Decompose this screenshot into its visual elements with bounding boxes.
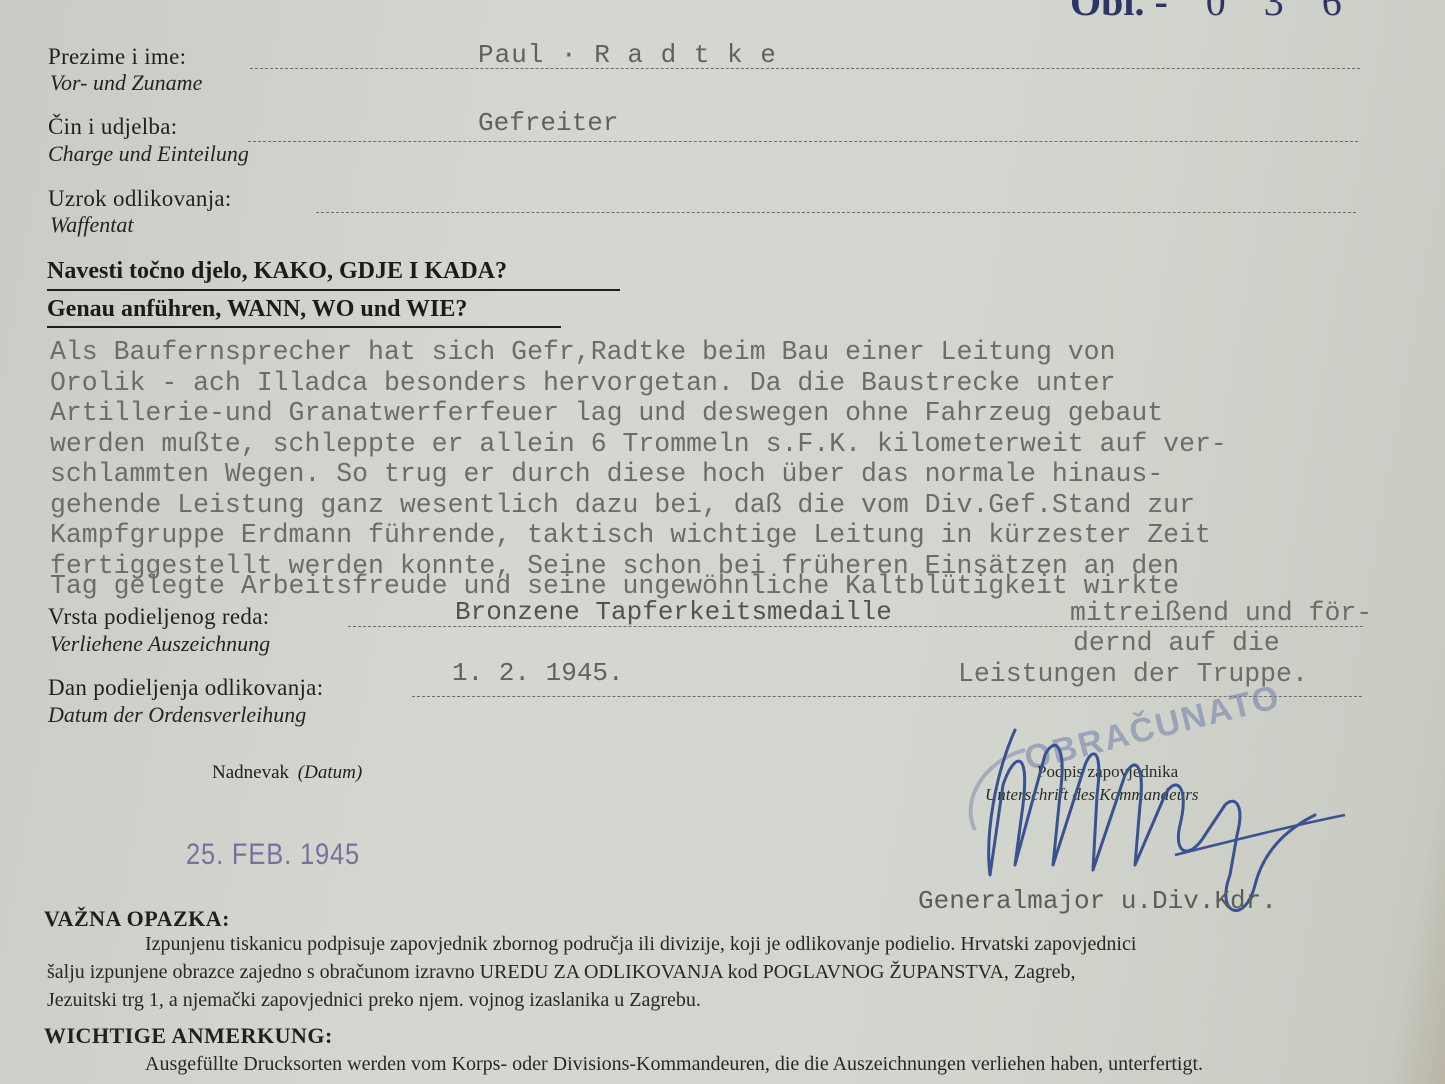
name-label-de: Vor- und Zuname	[50, 70, 202, 96]
name-label-hr: Prezime i ime:	[48, 44, 186, 70]
reason-label-de: Waffentat	[50, 212, 134, 238]
rank-label-de: Charge und Einteilung	[48, 141, 249, 167]
citation-line: gehende Leistung ganz wesentlich dazu be…	[50, 490, 1227, 521]
instruction-hr-underline	[47, 289, 620, 291]
award-value: Bronzene Tapferkeitsmedaille	[455, 597, 892, 627]
note-title-de: WICHTIGE ANMERKUNG:	[44, 1023, 333, 1049]
award-date-label-de: Datum der Ordensverleihung	[48, 702, 306, 728]
serial-value: 0 3 6	[1206, 0, 1356, 24]
note-hr-line: Izpunjenu tiskanicu podpisuje zapovjedni…	[145, 933, 1136, 956]
reason-dotted-line	[316, 212, 1356, 213]
citation-line: Artillerie-und Granatwerferfeuer lag und…	[50, 398, 1227, 429]
award-date-label-hr: Dan podieljenja odlikovanja:	[48, 675, 323, 701]
note-de-line: Ausgefüllte Drucksorten werden vom Korps…	[145, 1053, 1203, 1076]
date-label-de: (Datum)	[298, 762, 362, 783]
award-label-hr: Vrsta podieljenog reda:	[48, 604, 269, 630]
reason-label-hr: Uzrok odlikovanja:	[48, 186, 232, 212]
date-label: Nadnevak (Datum)	[212, 762, 362, 784]
instruction-de: Genau anführen, WANN, WO und WIE?	[47, 296, 467, 323]
serial-number: Obl. - 0 3 6	[1070, 0, 1356, 25]
serial-prefix: Obl. -	[1070, 0, 1168, 24]
citation-continuation-1: mitreißend und för-	[1070, 598, 1372, 629]
award-label-de: Verliehene Auszeichnung	[50, 631, 270, 657]
instruction-de-underline	[47, 326, 561, 328]
date-stamp: 25. FEB. 1945	[186, 838, 360, 872]
name-dotted-line	[250, 68, 1360, 69]
rank-dotted-line	[248, 141, 1358, 142]
note-hr-line: šalju izpunjene obrazce zajedno s obraču…	[47, 961, 1076, 984]
instruction-hr: Navesti točno djelo, KAKO, GDJE I KADA?	[47, 258, 507, 285]
date-label-hr: Nadnevak	[212, 762, 289, 783]
name-value: Paul · R a d t k e	[478, 40, 777, 70]
rank-label-hr: Čin i udjelba:	[48, 114, 177, 140]
note-hr-line: Jezuitski trg 1, a njemački zapovjednici…	[47, 989, 701, 1012]
citation-text: Als Baufernsprecher hat sich Gefr,Radtke…	[50, 337, 1227, 602]
citation-line: werden mußte, schleppte er allein 6 Trom…	[50, 429, 1227, 460]
citation-line: Als Baufernsprecher hat sich Gefr,Radtke…	[50, 337, 1227, 368]
signer-title: Generalmajor u.Div.Kdr.	[918, 886, 1277, 916]
citation-continuation-2: dernd auf die	[1073, 628, 1280, 659]
rank-value: Gefreiter	[478, 108, 618, 138]
citation-line: Kampfgruppe Erdmann führende, taktisch w…	[50, 520, 1227, 551]
award-date-value: 1. 2. 1945.	[452, 658, 624, 688]
citation-line: schlammten Wegen. So trug er durch diese…	[50, 459, 1227, 490]
note-title-hr: VAŽNA OPAZKA:	[44, 906, 230, 932]
citation-line: Orolik - ach Illadca besonders hervorget…	[50, 368, 1227, 399]
